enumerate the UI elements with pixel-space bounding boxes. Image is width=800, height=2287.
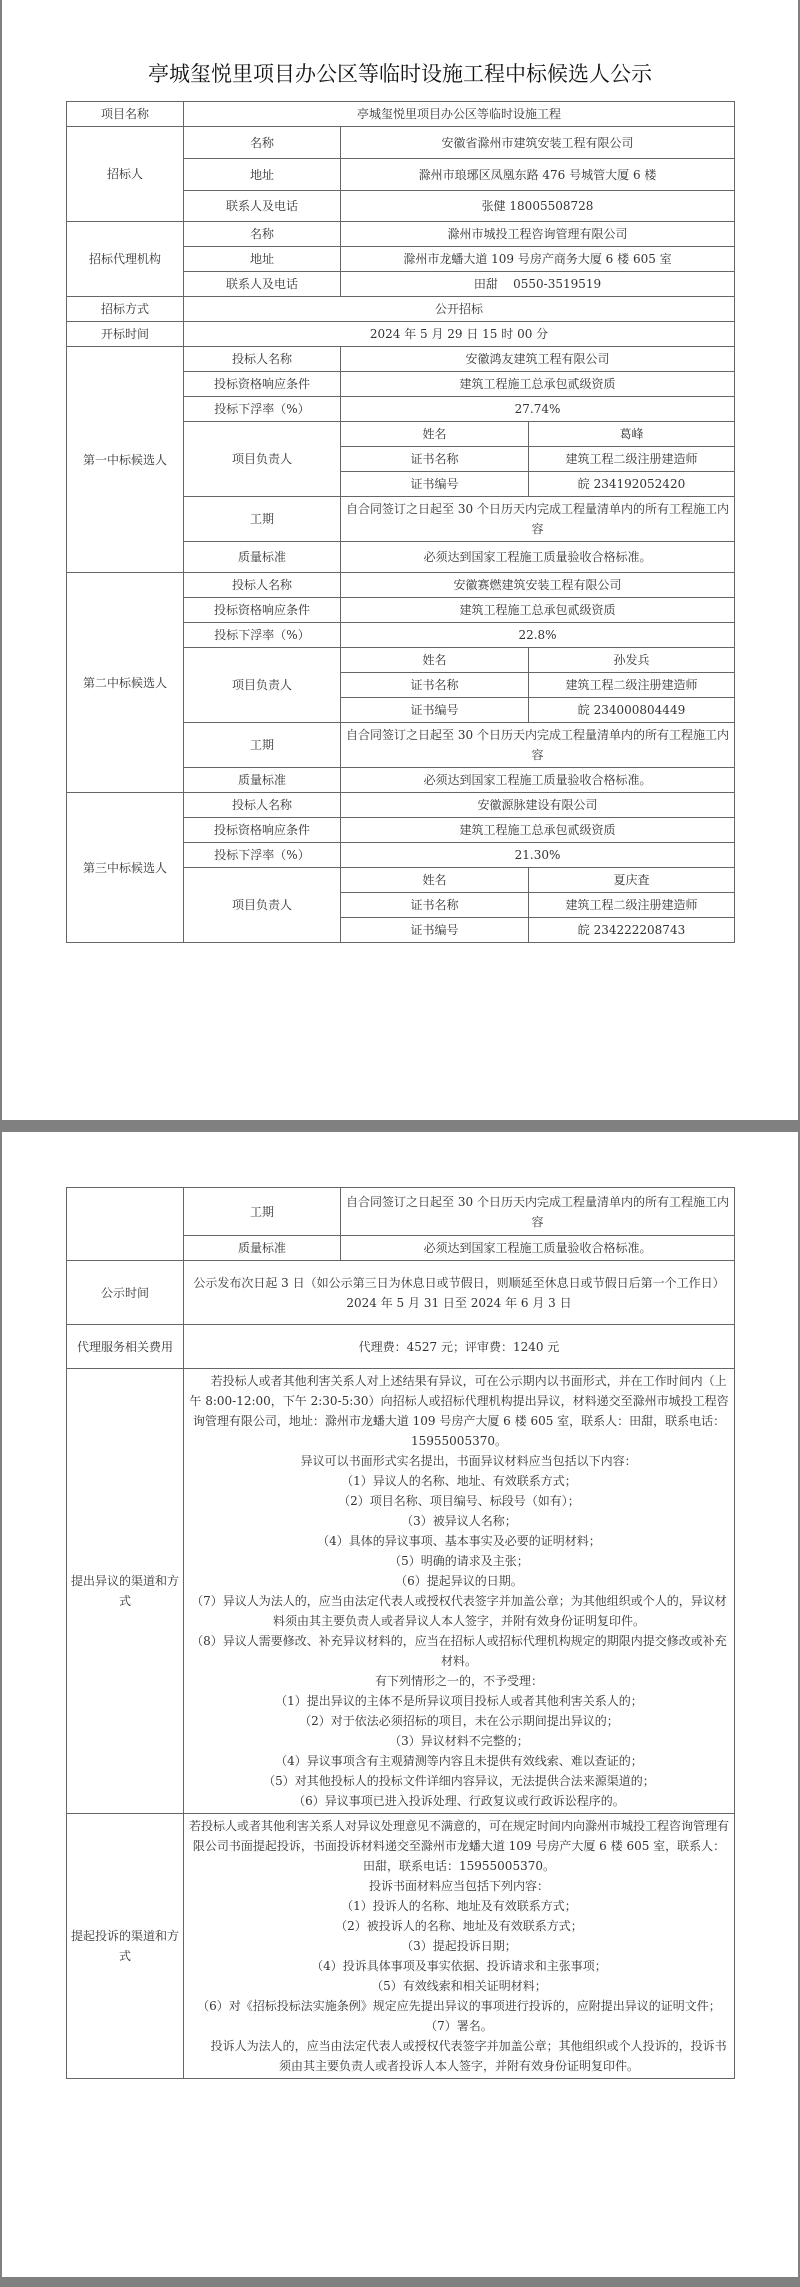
page-title: 亭城玺悦里项目办公区等临时设施工程中标候选人公示: [2, 58, 798, 88]
label-publicity: 公示时间: [67, 1261, 184, 1325]
document-page-2: 工期 自合同签订之日起至 30 个日历天内完成工程量清单内的所有工程施工内容 质…: [2, 1132, 798, 2277]
label-manager: 项目负责人: [184, 648, 341, 723]
objection-line: （6）异议事项已进入投诉处理、行政复议或行政诉讼程序的。: [188, 1791, 730, 1811]
complaint-line: （2）被投诉人的名称、地址及有效联系方式；: [188, 1916, 730, 1936]
label-cert-name: 证书名称: [341, 893, 529, 918]
value-tenderer-name: 安徽省滁州市建筑安装工程有限公司: [341, 127, 735, 159]
objection-line: （4）具体的异议事项、基本事实及必要的证明材料；: [188, 1531, 730, 1551]
value-opening: 2024 年 5 月 29 日 15 时 00 分: [184, 322, 735, 347]
label-qualification: 投标资格响应条件: [184, 372, 341, 397]
continuation-table: 工期 自合同签订之日起至 30 个日历天内完成工程量清单内的所有工程施工内容 质…: [66, 1187, 735, 2079]
objection-line: （2）对于依法必须招标的项目，未在公示期间提出异议的；: [188, 1711, 730, 1731]
label-agency-name: 名称: [184, 222, 341, 247]
complaint-line: （7）署名。: [188, 2016, 730, 2036]
value-qualification: 建筑工程施工总承包贰级资质: [341, 818, 735, 843]
complaint-line: （1）投诉人的名称、地址及有效联系方式；: [188, 1896, 730, 1916]
value-publicity: 公示发布次日起 3 日（如公示第三日为休息日或节假日，则顺延至休息日或节假日后第…: [184, 1261, 735, 1325]
objection-line: （2）项目名称、项目编号、标段号（如有）；: [188, 1491, 730, 1511]
label-project-name: 项目名称: [67, 102, 184, 127]
complaint-line: （5）有效线索和相关证明材料；: [188, 1976, 730, 1996]
objection-line: （1）提出异议的主体不是所异议项目投标人或者其他利害关系人的；: [188, 1691, 730, 1711]
value-tenderer-contact: 张健 18005508728: [341, 191, 735, 222]
value-manager-name: 夏庆査: [529, 868, 735, 893]
value-quality: 必须达到国家工程施工质量验收合格标准。: [341, 542, 735, 573]
value-quality: 必须达到国家工程施工质量验收合格标准。: [341, 1236, 735, 1261]
label-cert-name: 证书名称: [341, 447, 529, 472]
label-candidate-2: 第二中标候选人: [67, 573, 184, 793]
label-tenderer-name: 名称: [184, 127, 341, 159]
label-cert-no: 证书编号: [341, 698, 529, 723]
label-manager: 项目负责人: [184, 868, 341, 943]
value-cert-name: 建筑工程二级注册建造师: [529, 447, 735, 472]
label-cert-no: 证书编号: [341, 918, 529, 943]
label-period: 工期: [184, 1188, 341, 1236]
document-page-1: 亭城玺悦里项目办公区等临时设施工程中标候选人公示 项目名称 亭城玺悦里项目办公区…: [2, 0, 798, 1120]
value-project-name: 亭城玺悦里项目办公区等临时设施工程: [184, 102, 735, 127]
label-quality: 质量标准: [184, 542, 341, 573]
objection-line: （1）异议人的名称、地址、有效联系方式；: [188, 1471, 730, 1491]
value-complaint: 若投标人或者其他利害关系人对异议处理意见不满意的，可在规定时间内向滁州市城投工程…: [184, 1814, 735, 2079]
row-publicity: 公示时间 公示发布次日起 3 日（如公示第三日为休息日或节假日，则顺延至休息日或…: [67, 1261, 735, 1325]
value-agency-name: 滁州市城投工程咨询管理有限公司: [341, 222, 735, 247]
value-fees: 代理费：4527 元；评审费：1240 元: [184, 1325, 735, 1369]
objection-line: （8）异议人需要修改、补充异议材料的，应当在招标人或招标代理机构规定的期限内提交…: [188, 1631, 730, 1671]
value-bidder: 安徽鸿友建筑工程有限公司: [341, 347, 735, 372]
value-period: 自合同签订之日起至 30 个日历天内完成工程量清单内的所有工程施工内容: [341, 497, 735, 542]
label-candidate-1: 第一中标候选人: [67, 347, 184, 573]
label-objection: 提出异议的渠道和方式: [67, 1369, 184, 1814]
value-cert-name: 建筑工程二级注册建造师: [529, 673, 735, 698]
label-name: 姓名: [341, 868, 529, 893]
row-opening: 开标时间 2024 年 5 月 29 日 15 时 00 分: [67, 322, 735, 347]
objection-line: （6）提起异议的日期。: [188, 1571, 730, 1591]
complaint-line: （6）对《招标投标法实施条例》规定应先提出异议的事项进行投诉的，应附提出异议的证…: [188, 1996, 730, 2016]
label-complaint: 提起投诉的渠道和方式: [67, 1814, 184, 2079]
value-manager-name: 孙发兵: [529, 648, 735, 673]
publicity-rule: 公示发布次日起 3 日（如公示第三日为休息日或节假日，则顺延至休息日或节假日后第…: [188, 1273, 730, 1293]
row-complaint: 提起投诉的渠道和方式 若投标人或者其他利害关系人对异议处理意见不满意的，可在规定…: [67, 1814, 735, 2079]
label-opening: 开标时间: [67, 322, 184, 347]
objection-line: （4）异议事项含有主观猜测等内容且未提供有效线索、难以查证的；: [188, 1751, 730, 1771]
row-candidate-1-bidder: 第一中标候选人 投标人名称 安徽鸿友建筑工程有限公司: [67, 347, 735, 372]
label-qualification: 投标资格响应条件: [184, 818, 341, 843]
complaint-line: （3）提起投诉日期；: [188, 1936, 730, 1956]
complaint-line: 投诉书面材料应当包括下列内容：: [188, 1876, 730, 1896]
label-cert-name: 证书名称: [341, 673, 529, 698]
objection-line: （5）明确的请求及主张；: [188, 1551, 730, 1571]
objection-line: 有下列情形之一的，不予受理：: [188, 1671, 730, 1691]
label-bidder: 投标人名称: [184, 573, 341, 598]
value-cert-no: 皖 234222208743: [529, 918, 735, 943]
row-agency-name: 招标代理机构 名称 滁州市城投工程咨询管理有限公司: [67, 222, 735, 247]
value-rate: 22.8%: [341, 623, 735, 648]
value-manager-name: 葛峰: [529, 422, 735, 447]
label-period: 工期: [184, 723, 341, 768]
label-tenderer: 招标人: [67, 127, 184, 222]
label-cert-no: 证书编号: [341, 472, 529, 497]
value-qualification: 建筑工程施工总承包贰级资质: [341, 598, 735, 623]
row-project-name: 项目名称 亭城玺悦里项目办公区等临时设施工程: [67, 102, 735, 127]
row-objection: 提出异议的渠道和方式 若投标人或者其他利害关系人对上述结果有异议，可在公示期内以…: [67, 1369, 735, 1814]
label-agency: 招标代理机构: [67, 222, 184, 297]
value-period: 自合同签订之日起至 30 个日历天内完成工程量清单内的所有工程施工内容: [341, 723, 735, 768]
value-period: 自合同签订之日起至 30 个日历天内完成工程量清单内的所有工程施工内容: [341, 1188, 735, 1236]
value-qualification: 建筑工程施工总承包贰级资质: [341, 372, 735, 397]
publicity-dates: 2024 年 5 月 31 日至 2024 年 6 月 3 日: [188, 1293, 730, 1313]
label-period: 工期: [184, 497, 341, 542]
row-fees: 代理服务相关费用 代理费：4527 元；评审费：1240 元: [67, 1325, 735, 1369]
row-candidate-2-bidder: 第二中标候选人 投标人名称 安徽赛燃建筑安装工程有限公司: [67, 573, 735, 598]
label-quality: 质量标准: [184, 1236, 341, 1261]
complaint-line: （4）投诉具体事项及事实依据、投诉请求和主张事项；: [188, 1956, 730, 1976]
value-method: 公开招标: [184, 297, 735, 322]
value-quality: 必须达到国家工程施工质量验收合格标准。: [341, 768, 735, 793]
label-bidder: 投标人名称: [184, 347, 341, 372]
label-qualification: 投标资格响应条件: [184, 598, 341, 623]
value-objection: 若投标人或者其他利害关系人对上述结果有异议，可在公示期内以书面形式，并在工作时间…: [184, 1369, 735, 1814]
objection-line: （7）异议人为法人的，应当由法定代表人或授权代表签字并加盖公章；为其他组织或个人…: [188, 1591, 730, 1631]
label-rate: 投标下浮率（%）: [184, 843, 341, 868]
candidate-table: 项目名称 亭城玺悦里项目办公区等临时设施工程 招标人 名称 安徽省滁州市建筑安装…: [66, 101, 735, 943]
complaint-line: 若投标人或者其他利害关系人对异议处理意见不满意的，可在规定时间内向滁州市城投工程…: [188, 1816, 730, 1876]
value-agency-address: 滁州市龙蟠大道 109 号房产商务大厦 6 楼 605 室: [341, 247, 735, 272]
label-name: 姓名: [341, 648, 529, 673]
label-tenderer-contact: 联系人及电话: [184, 191, 341, 222]
label-tenderer-address: 地址: [184, 159, 341, 191]
value-tenderer-address: 滁州市琅琊区凤凰东路 476 号城管大厦 6 楼: [341, 159, 735, 191]
value-cert-no: 皖 234192052420: [529, 472, 735, 497]
objection-line: （5）对其他投标人的投标文件详细内容异议，无法提供合法来源渠道的；: [188, 1771, 730, 1791]
objection-line: （3）被异议人名称；: [188, 1511, 730, 1531]
row-candidate-3-bidder: 第三中标候选人 投标人名称 安徽源脉建设有限公司: [67, 793, 735, 818]
value-rate: 21.30%: [341, 843, 735, 868]
label-bidder: 投标人名称: [184, 793, 341, 818]
value-cert-no: 皖 234000804449: [529, 698, 735, 723]
objection-line: （3）异议材料不完整的；: [188, 1731, 730, 1751]
label-candidate-3: 第三中标候选人: [67, 793, 184, 943]
label-fees: 代理服务相关费用: [67, 1325, 184, 1369]
label-rate: 投标下浮率（%）: [184, 397, 341, 422]
objection-line: 若投标人或者其他利害关系人对上述结果有异议，可在公示期内以书面形式，并在工作时间…: [188, 1371, 730, 1451]
value-cert-name: 建筑工程二级注册建造师: [529, 893, 735, 918]
label-rate: 投标下浮率（%）: [184, 623, 341, 648]
row-tenderer-name: 招标人 名称 安徽省滁州市建筑安装工程有限公司: [67, 127, 735, 159]
value-bidder: 安徽源脉建设有限公司: [341, 793, 735, 818]
label-agency-address: 地址: [184, 247, 341, 272]
value-bidder: 安徽赛燃建筑安装工程有限公司: [341, 573, 735, 598]
value-agency-contact: 田甜 0550-3519519: [341, 272, 735, 297]
label-method: 招标方式: [67, 297, 184, 322]
label-manager: 项目负责人: [184, 422, 341, 497]
row-method: 招标方式 公开招标: [67, 297, 735, 322]
objection-line: 异议可以书面形式实名提出，书面异议材料应当包括以下内容：: [188, 1451, 730, 1471]
label-name: 姓名: [341, 422, 529, 447]
value-rate: 27.74%: [341, 397, 735, 422]
label-candidate-3-continued: [67, 1188, 184, 1261]
label-agency-contact: 联系人及电话: [184, 272, 341, 297]
row-candidate-3-period: 工期 自合同签订之日起至 30 个日历天内完成工程量清单内的所有工程施工内容: [67, 1188, 735, 1236]
label-quality: 质量标准: [184, 768, 341, 793]
complaint-line: 投诉人为法人的，应当由法定代表人或授权代表签字并加盖公章；其他组织或个人投诉的，…: [188, 2036, 730, 2076]
